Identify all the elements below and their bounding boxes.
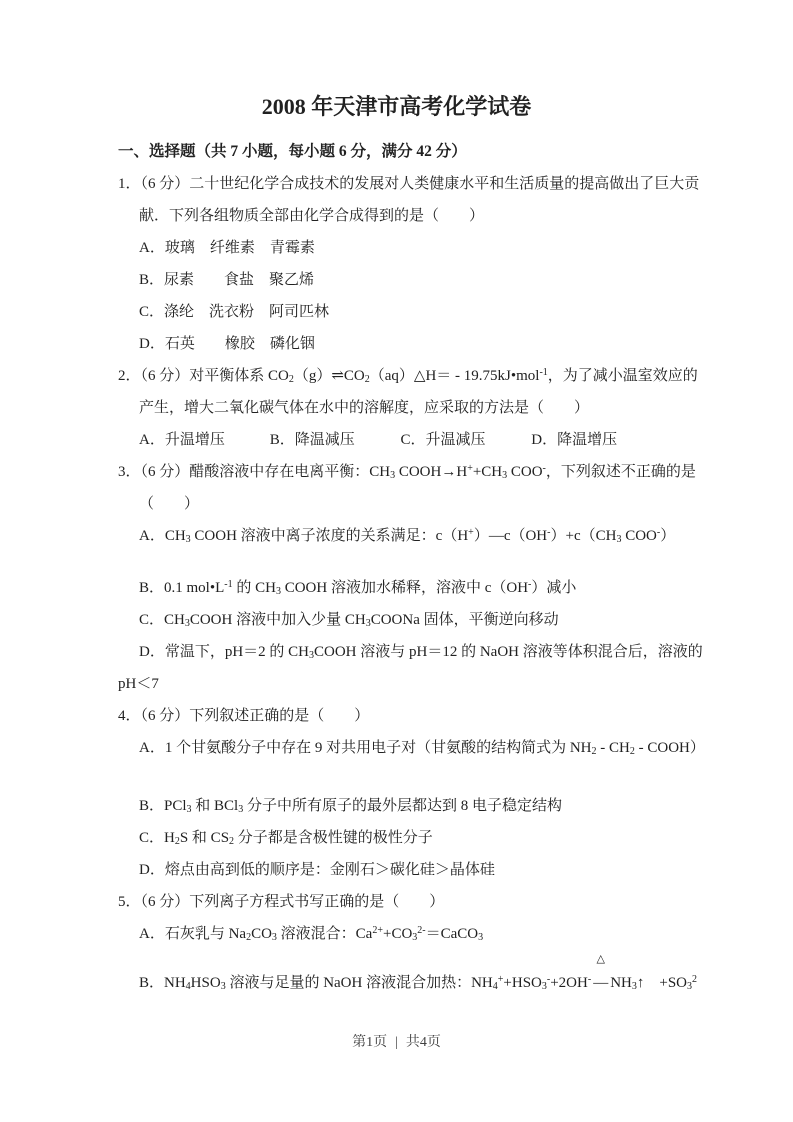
question-1-option-b: B．尿素 食盐 聚乙烯 <box>139 264 675 296</box>
page-title: 2008 年天津市高考化学试卷 <box>118 90 675 124</box>
question-3-option-d: D．常温下，pH＝2 的 CH3COOH 溶液与 pH＝12 的 NaOH 溶液… <box>139 636 675 668</box>
question-2-stem-line-2: 产生，增大二氧化碳气体在水中的溶解度，应采取的方法是（ ） <box>139 392 675 424</box>
footer-separator: | <box>395 1035 398 1050</box>
question-2-options-row: A．升温增压 B．降温减压 C．升温减压 D．降温增压 <box>139 424 675 456</box>
question-4-option-b: B．PCl3 和 BCl3 分子中所有原子的最外层都达到 8 电子稳定结构 <box>139 790 675 822</box>
question-2-option-d: D．降温增压 <box>531 424 617 456</box>
question-3-stem-line-1: 3．（6 分）醋酸溶液中存在电离平衡：CH3 COOH→H++CH3 COO-，… <box>118 456 675 488</box>
question-5-stem: 5．（6 分）下列离子方程式书写正确的是（ ） <box>118 886 675 918</box>
exam-page: 2008 年天津市高考化学试卷 一、选择题（共 7 小题，每小题 6 分，满分 … <box>0 0 793 1059</box>
question-3-option-a: A．CH3 COOH 溶液中离子浓度的关系满足：c（H+）—c（OH-）+c（C… <box>139 520 675 552</box>
question-3-option-b: B．0.1 mol•L-1 的 CH3 COOH 溶液加水稀释，溶液中 c（OH… <box>139 572 675 604</box>
question-1-stem-line-1: 1．（6 分）二十世纪化学合成技术的发展对人类健康水平和生活质量的提高做出了巨大… <box>118 168 675 200</box>
question-5-option-b: B．NH4HSO3 溶液与足量的 NaOH 溶液混合加热：NH4++HSO3-+… <box>139 967 675 999</box>
page-footer: 第1页|共4页 <box>118 1027 675 1059</box>
question-5-option-a: A．石灰乳与 Na2CO3 溶液混合：Ca2++CO32-＝CaCO3 <box>139 918 675 950</box>
question-1-option-d: D．石英 橡胶 磷化铟 <box>139 328 675 360</box>
question-3-option-d-continued: pH＜7 <box>118 668 675 700</box>
question-2-option-b: B．降温减压 <box>270 424 397 456</box>
heating-condition-symbol: △— <box>591 967 610 999</box>
question-3-option-c: C．CH3COOH 溶液中加入少量 CH3COONa 固体，平衡逆向移动 <box>139 604 675 636</box>
question-2-stem-line-1: 2．（6 分）对平衡体系 CO2（g）⇌CO2（aq）△H＝ - 19.75kJ… <box>118 360 675 392</box>
question-1-option-a: A．玻璃 纤维素 青霉素 <box>139 232 675 264</box>
question-4-option-a: A．1 个甘氨酸分子中存在 9 对共用电子对（甘氨酸的结构简式为 NH2 - C… <box>139 732 675 764</box>
footer-current-page: 第1页 <box>352 1035 387 1050</box>
question-3-stem-line-2: （ ） <box>139 488 675 520</box>
question-2-option-a: A．升温增压 <box>139 424 266 456</box>
question-4-stem: 4．（6 分）下列叙述正确的是（ ） <box>118 700 675 732</box>
question-4-option-d: D．熔点由高到低的顺序是：金刚石＞碳化硅＞晶体硅 <box>139 854 675 886</box>
question-1-stem-line-2: 献．下列各组物质全部由化学合成得到的是（ ） <box>139 200 675 232</box>
question-2-option-c: C．升温减压 <box>401 424 528 456</box>
question-4-option-c: C．H2S 和 CS2 分子都是含极性键的极性分子 <box>139 822 675 854</box>
section-heading: 一、选择题（共 7 小题，每小题 6 分，满分 42 分） <box>118 136 675 168</box>
question-1-option-c: C．涤纶 洗衣粉 阿司匹林 <box>139 296 675 328</box>
footer-total-pages: 共4页 <box>406 1035 441 1050</box>
exam-body: 1．（6 分）二十世纪化学合成技术的发展对人类健康水平和生活质量的提高做出了巨大… <box>118 168 675 999</box>
